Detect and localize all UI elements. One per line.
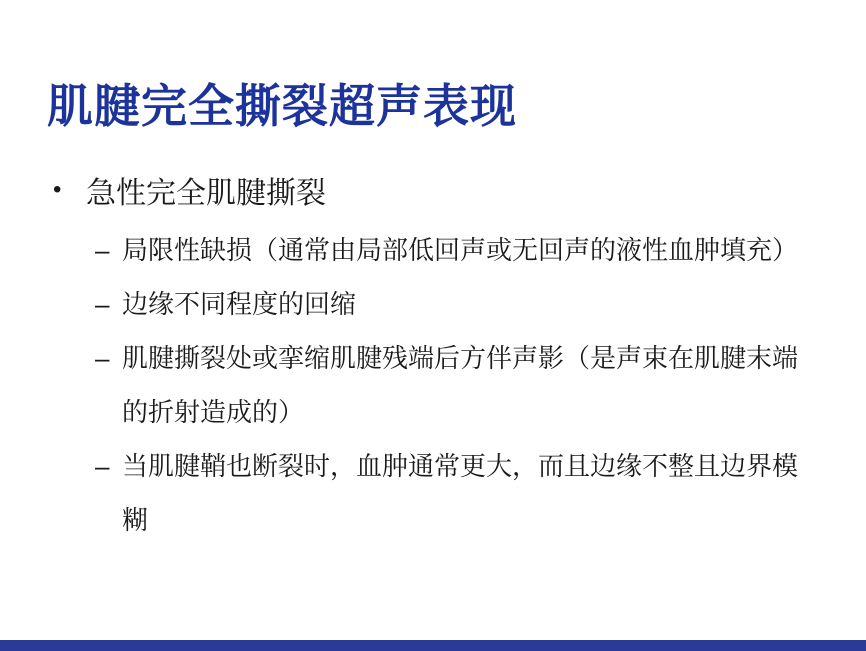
bullet-item-text: 急性完全肌腱撕裂: [86, 168, 326, 212]
sub-bullet-text: 当肌腱鞘也断裂时，血肿通常更大，而且边缘不整且边界模 糊: [122, 439, 840, 547]
dash-marker: –: [95, 439, 122, 493]
sub-bullet-item: – 边缘不同程度的回缩: [95, 277, 840, 331]
slide-title: 肌腱完全撕裂超声表现: [47, 79, 517, 134]
sub-bullet-text: 边缘不同程度的回缩: [122, 277, 840, 331]
sub-bullet-line: 肌腱撕裂处或挛缩肌腱残端后方伴声影（是声束在肌腱末端: [122, 331, 840, 385]
bullet-item-level1: • 急性完全肌腱撕裂: [53, 168, 326, 212]
sub-bullet-item: – 局限性缺损（通常由局部低回声或无回声的液性血肿填充）: [95, 223, 840, 277]
sub-bullet-text: 肌腱撕裂处或挛缩肌腱残端后方伴声影（是声束在肌腱末端 的折射造成的）: [122, 331, 840, 439]
dash-marker: –: [95, 223, 122, 277]
sub-bullet-item: – 肌腱撕裂处或挛缩肌腱残端后方伴声影（是声束在肌腱末端 的折射造成的）: [95, 331, 840, 439]
dash-marker: –: [95, 331, 122, 385]
sub-bullet-line: 局限性缺损（通常由局部低回声或无回声的液性血肿填充）: [122, 223, 840, 277]
sub-bullet-line: 的折射造成的）: [122, 385, 840, 439]
sub-bullet-line: 糊: [122, 493, 840, 547]
dash-marker: –: [95, 277, 122, 331]
bullet-dot-marker: •: [53, 176, 86, 204]
sub-bullet-line: 边缘不同程度的回缩: [122, 277, 840, 331]
sub-bullet-list: – 局限性缺损（通常由局部低回声或无回声的液性血肿填充） – 边缘不同程度的回缩…: [95, 223, 840, 547]
footer-accent-bar: [0, 640, 866, 651]
sub-bullet-text: 局限性缺损（通常由局部低回声或无回声的液性血肿填充）: [122, 223, 840, 277]
presentation-slide: 肌腱完全撕裂超声表现 • 急性完全肌腱撕裂 – 局限性缺损（通常由局部低回声或无…: [0, 0, 866, 651]
sub-bullet-line: 当肌腱鞘也断裂时，血肿通常更大，而且边缘不整且边界模: [122, 439, 840, 493]
sub-bullet-item: – 当肌腱鞘也断裂时，血肿通常更大，而且边缘不整且边界模 糊: [95, 439, 840, 547]
